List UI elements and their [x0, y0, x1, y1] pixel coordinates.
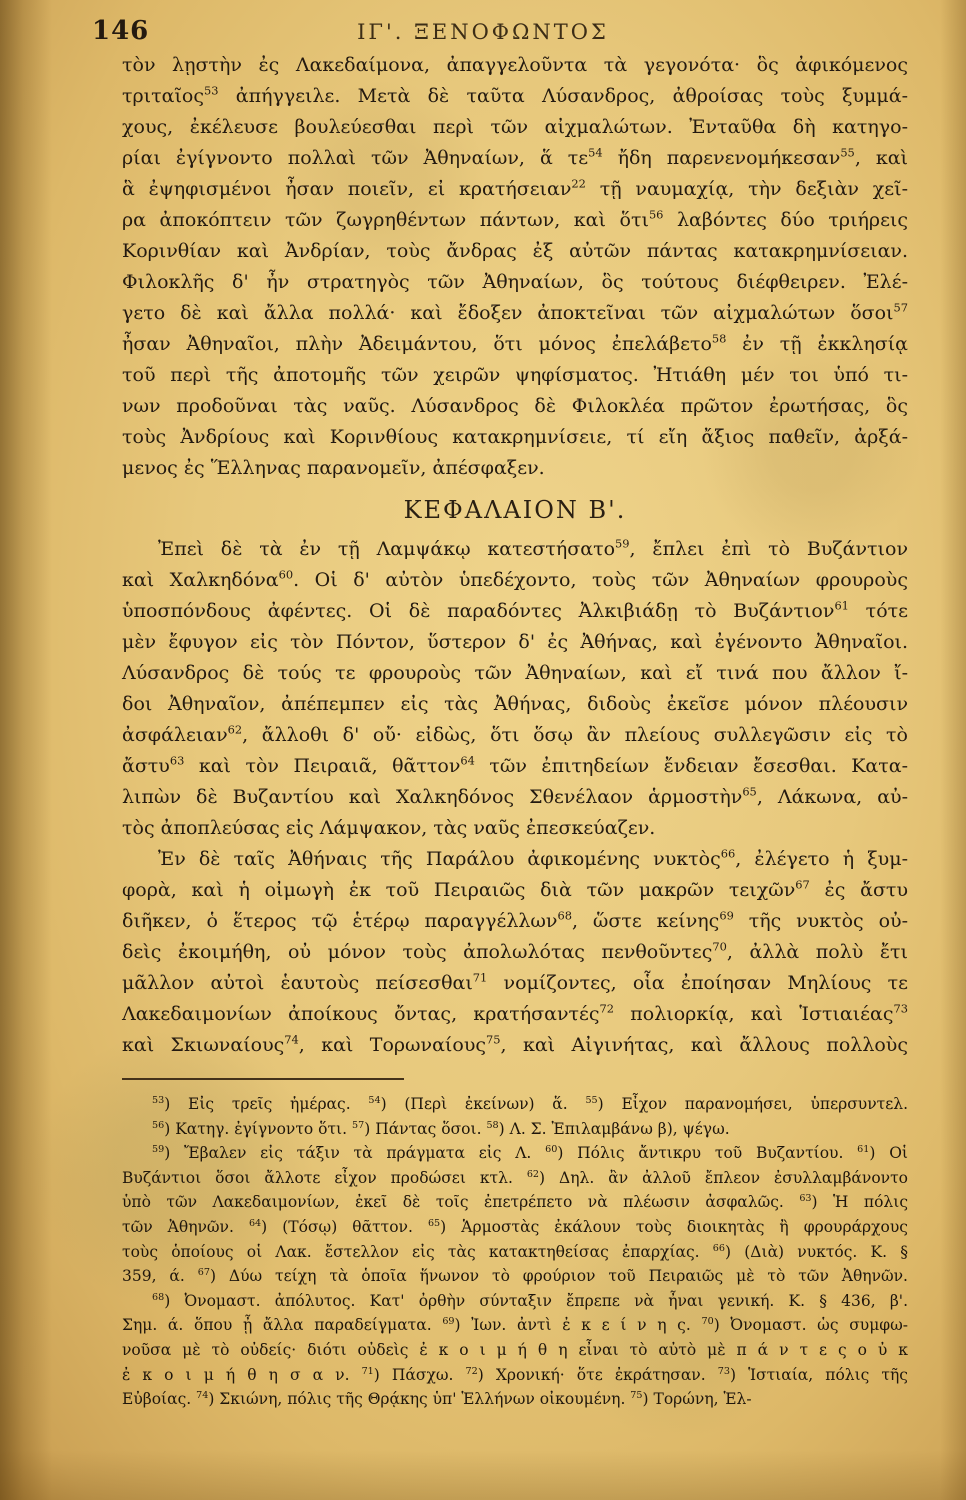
text-line: 59) Ἔβαλεν εἰς τάξιν τὰ πράγματα εἰς Λ. … [122, 1141, 908, 1166]
footnote-reference: 62 [228, 723, 243, 737]
footnote-reference: 68 [152, 1292, 164, 1303]
text-line: γετο δὲ καὶ ἄλλα πολλά· καὶ ἔδοξεν ἀποκτ… [122, 298, 908, 329]
footnote-reference: 71 [362, 1365, 374, 1376]
text-line: μᾶλλον αὐτοὶ ἑαυτοὺς πείσεσθαι71 νομίζον… [122, 968, 908, 999]
text-line: Λακεδαιμονίων ἀποίκους ὄντας, κρατήσαντέ… [122, 999, 908, 1030]
footnote-reference: 71 [473, 971, 488, 985]
footnote-reference: 64 [460, 754, 475, 768]
text-line: ἦσαν Ἀθηναῖοι, πλὴν Ἀδειμάντου, ὅτι μόνο… [122, 329, 908, 360]
footnote-reference: 57 [894, 301, 909, 315]
footnote-reference: 72 [466, 1365, 478, 1376]
text-line: λιπὼν δὲ Βυζαντίου καὶ Χαλκηδόνος Σθενέλ… [122, 782, 908, 813]
footnote-reference: 65 [428, 1218, 440, 1229]
footnote-reference: 66 [721, 847, 736, 861]
text-line: Ἐπεὶ δὲ τὰ ἐν τῇ Λαμψάκῳ κατεστήσατο59, … [122, 534, 908, 565]
footnote-reference: 65 [742, 785, 757, 799]
text-line: Κορινθίαν καὶ Ἀνδρίαν, τοὺς ἄνδρας ἐξ αὐ… [122, 236, 908, 267]
footnote-reference: 53 [152, 1095, 164, 1106]
footnote-reference: 54 [588, 146, 603, 160]
footnote-reference: 75 [486, 1033, 501, 1047]
page-left-edge-shading [0, 0, 52, 1500]
text-line: Βυζάντιοι ὅσοι ἄλλοτε εἶχον προδώσει κτλ… [122, 1166, 908, 1191]
footnotes-block: 53) Εἰς τρεῖς ἡμέρας. 54) (Περὶ ἐκείνων)… [122, 1092, 908, 1412]
footnote-reference: 69 [442, 1316, 454, 1327]
text-line: 53) Εἰς τρεῖς ἡμέρας. 54) (Περὶ ἐκείνων)… [122, 1092, 908, 1117]
footnote-reference: 58 [712, 332, 727, 346]
footnote-reference: 70 [712, 940, 727, 954]
page-right-edge-shading [940, 0, 966, 1500]
footnote-reference: 62 [527, 1169, 539, 1180]
text-line: καὶ Σκιωναίους74, καὶ Τορωναίους75, καὶ … [122, 1030, 908, 1061]
footnote-reference: 53 [204, 84, 219, 98]
footnote-reference: 55 [840, 146, 855, 160]
text-line: τῶν Ἀθηνῶν. 64) (Τόσῳ) θᾶττον. 65) Ἁρμοσ… [122, 1215, 908, 1240]
footnote-reference: 68 [557, 909, 572, 923]
footnote-reference: 69 [719, 909, 734, 923]
text-line: Φιλοκλῆς δ' ἦν στρατηγὸς τῶν Ἀθηναίων, ὃ… [122, 267, 908, 298]
footnote-reference: 75 [630, 1390, 642, 1401]
text-line: ὑπὸ τῶν Λακεδαιμονίων, ἐκεῖ δὲ τοῖς ἐπετ… [122, 1190, 908, 1215]
footnote-reference: 61 [857, 1144, 869, 1155]
text-line: ἀσφάλειαν62, ἄλλοθι δ' οὔ· εἰδὼς, ὅτι ὅσ… [122, 720, 908, 751]
footnote-reference: 74 [284, 1033, 299, 1047]
text-line: Ἐν δὲ ταῖς Ἀθήναις τῆς Παράλου ἀφικομένη… [122, 844, 908, 875]
text-line: ἄστυ63 καὶ τὸν Πειραιᾶ, θᾶττον64 τῶν ἐπι… [122, 751, 908, 782]
text-line: τριταῖος53 ἀπήγγειλε. Μετὰ δὲ ταῦτα Λύσα… [122, 81, 908, 112]
page-header: 146 ΙΓ'. ΞΕΝΟΦΩΝΤΟΣ [0, 16, 966, 50]
footnote-reference: 67 [198, 1267, 210, 1278]
text-line: φορὰ, καὶ ἡ οἰμωγὴ ἐκ τοῦ Πειραιῶς διὰ τ… [122, 875, 908, 906]
footnote-reference: 22 [571, 177, 586, 191]
text-line: μὲν ἔφυγον εἰς τὸν Πόντον, ὕστερον δ' ἐς… [122, 627, 908, 658]
paragraph-1: τὸν λῃστὴν ἐς Λακεδαίμονα, ἀπαγγελοῦντα … [122, 50, 908, 484]
footnote-reference: 59 [152, 1144, 164, 1155]
text-line: τοὺς Ἀνδρίους καὶ Κορινθίους κατακρημνίσ… [122, 422, 908, 453]
text-line: χους, ἐκέλευσε βουλεύεσθαι περὶ τῶν αἰχμ… [122, 112, 908, 143]
footnote-reference: 57 [352, 1119, 364, 1130]
text-line: δοι Ἀθηναῖον, ἀπέπεμπεν εἰς τὰς Ἀθήνας, … [122, 689, 908, 720]
footnote-reference: 63 [170, 754, 185, 768]
text-line: ἐ κ ο ι μ ή θ η σ α ν. 71) Πάσχω. 72) Χρ… [122, 1363, 908, 1388]
page-bottom-edge-shading [0, 1450, 966, 1500]
footnote-reference: 58 [486, 1119, 498, 1130]
text-line: ρίαι ἐγίγνοντο πολλαὶ τῶν Ἀθηναίων, ἅ τε… [122, 143, 908, 174]
footnote-reference: 59 [615, 537, 630, 551]
text-line: Σημ. ά. ὅπου ᾖ ἄλλα παραδείγματα. 69) Ἰω… [122, 1313, 908, 1338]
text-line: τὸς ἀποπλεύσας εἰς Λάμψακον, τὰς ναῦς ἐπ… [122, 813, 908, 844]
footnote-reference: 56 [649, 208, 664, 222]
footnote-reference: 64 [249, 1218, 261, 1229]
footnote-reference: 73 [894, 1002, 909, 1016]
footnote-reference: 67 [795, 878, 810, 892]
text-line: τὸν λῃστὴν ἐς Λακεδαίμονα, ἀπαγγελοῦντα … [122, 50, 908, 81]
text-line: 359, ά. 67) Δύω τείχη τὰ ὁποῖα ἥνωνον τὸ… [122, 1264, 908, 1289]
text-line: διῆκεν, ὁ ἕτερος τῷ ἑτέρῳ παραγγέλλων68,… [122, 906, 908, 937]
footnote-reference: 56 [152, 1119, 164, 1130]
text-line: Εὐβοίας. 74) Σκιώνη, πόλις τῆς Θρᾴκης ὑπ… [122, 1387, 908, 1412]
text-line: δεὶς ἐκοιμήθη, οὐ μόνον τοὺς ἀπολωλότας … [122, 937, 908, 968]
footnote-reference: 74 [196, 1390, 208, 1401]
paragraph-2: Ἐπεὶ δὲ τὰ ἐν τῇ Λαμψάκῳ κατεστήσατο59, … [122, 534, 908, 844]
footnote-reference: 54 [368, 1095, 380, 1106]
book-page: 146 ΙΓ'. ΞΕΝΟΦΩΝΤΟΣ τὸν λῃστὴν ἐς Λακεδα… [0, 0, 966, 1500]
text-line: τοῦ περὶ τῆς ἀποτομῆς τῶν χειρῶν ψηφίσμα… [122, 360, 908, 391]
text-column: τὸν λῃστὴν ἐς Λακεδαίμονα, ἀπαγγελοῦντα … [122, 50, 908, 1412]
text-line: νων προδοῦναι τὰς ναῦς. Λύσανδρος δὲ Φιλ… [122, 391, 908, 422]
footnote-reference: 60 [545, 1144, 557, 1155]
paragraph-3: Ἐν δὲ ταῖς Ἀθήναις τῆς Παράλου ἀφικομένη… [122, 844, 908, 1061]
footnote-reference: 73 [718, 1365, 730, 1376]
footnote-reference: 55 [585, 1095, 597, 1106]
running-title: ΙΓ'. ΞΕΝΟΦΩΝΤΟΣ [0, 20, 966, 44]
text-line: 68) Ὀνομαστ. ἀπόλυτος. Κατ' ὀρθὴν σύνταξ… [122, 1289, 908, 1314]
text-line: νοῦσα μὲ τὸ οὐδείς· διότι οὐδεὶς ἐ κ ο ι… [122, 1338, 908, 1363]
text-line: τοὺς ὁποίους οἱ Λακ. ἔστελλον εἰς τὰς κα… [122, 1240, 908, 1265]
text-line: ὑποσπόνδους ἀφέντες. Οἱ δὲ παραδόντες Ἀλ… [122, 596, 908, 627]
text-line: μενος ἐς Ἕλληνας παρανομεῖν, ἀπέσφαξεν. [122, 453, 908, 484]
text-line: καὶ Χαλκηδόνα60. Οἱ δ' αὐτὸν ὑπεδέχοντο,… [122, 565, 908, 596]
footnote-reference: 66 [713, 1242, 725, 1253]
footnote-separator [122, 1078, 404, 1080]
chapter-heading: ΚΕΦΑΛΑΙΟΝ Β'. [122, 496, 908, 524]
text-line: 56) Κατηγ. ἐγίγνοντο ὅτι. 57) Πάντας ὅσο… [122, 1117, 908, 1142]
footnote-reference: 63 [799, 1193, 811, 1204]
footnote-reference: 60 [279, 568, 294, 582]
text-line: ρα ἀποκόπτειν τῶν ζωγρηθέντων πάντων, κα… [122, 205, 908, 236]
footnote-reference: 61 [834, 599, 849, 613]
text-line: ἃ ἐψηφισμένοι ἦσαν ποιεῖν, εἰ κρατήσειαν… [122, 174, 908, 205]
text-line: Λύσανδρος δὲ τούς τε φρουροὺς τῶν Ἀθηναί… [122, 658, 908, 689]
footnote-reference: 70 [701, 1316, 713, 1327]
footnote-reference: 72 [600, 1002, 615, 1016]
